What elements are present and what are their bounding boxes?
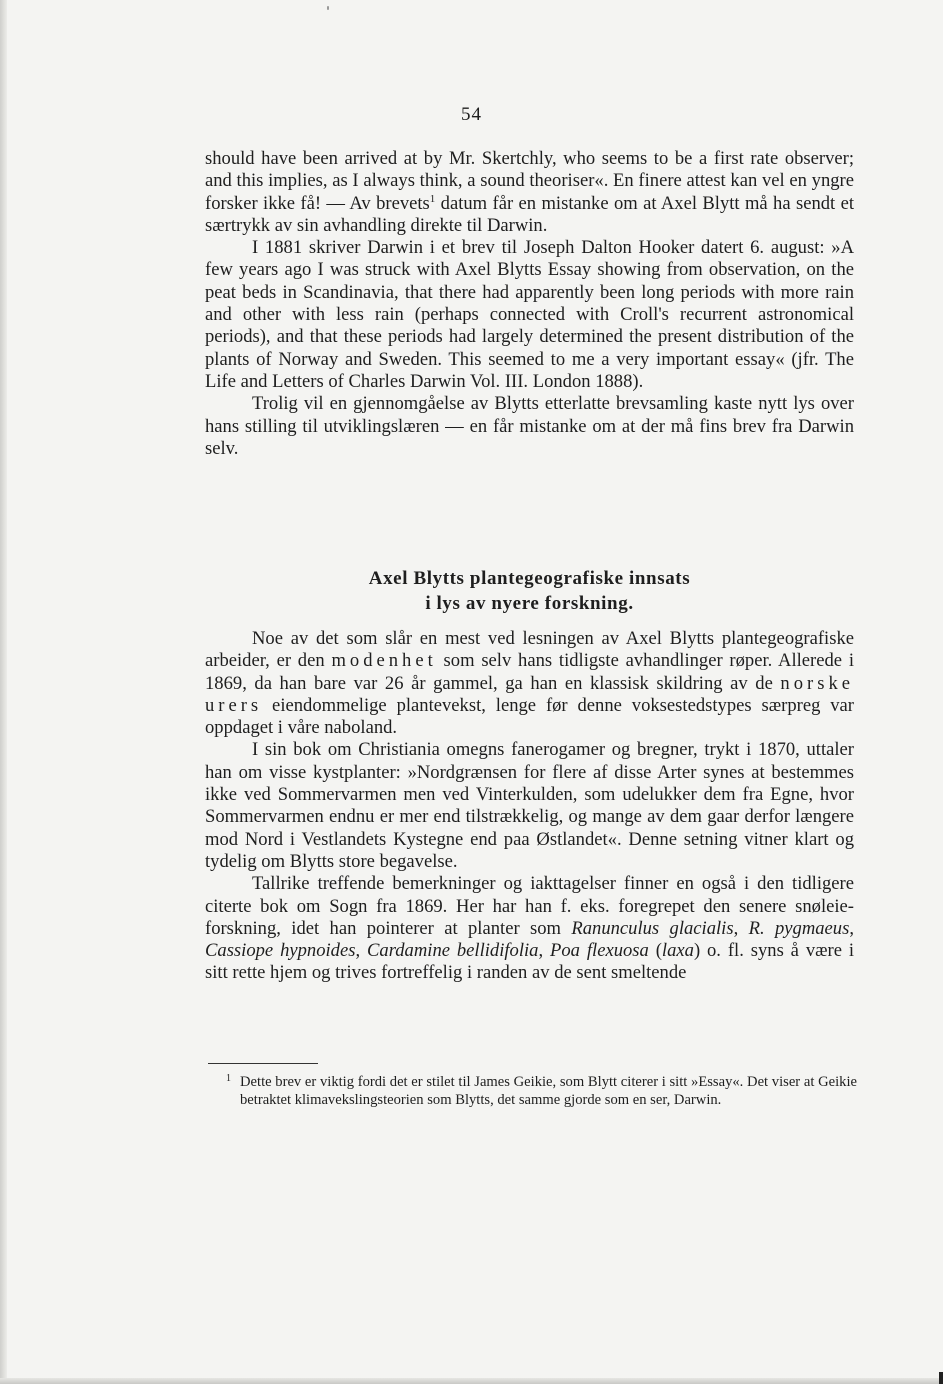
species-name: Ranunculus glacialis	[571, 918, 733, 939]
paragraph: I 1881 skriver Darwin i et brev til Jose…	[205, 237, 854, 393]
scan-corner-mark	[939, 1372, 943, 1384]
text-run: ,	[538, 940, 550, 961]
paragraph: Trolig vil en gjennomgåelse av Blytts et…	[205, 393, 854, 460]
page-edge-left	[0, 0, 7, 1384]
footnote: 1 Dette brev er viktig fordi det er stil…	[240, 1073, 857, 1110]
body-text-section-2: Noe av det som slår en mest ved lesninge…	[205, 628, 854, 985]
emphasized-text: modenhet	[331, 650, 436, 671]
footnote-text: Dette brev er viktig fordi det er stilet…	[240, 1073, 857, 1110]
paragraph: should have been arrived at by Mr. Skert…	[205, 148, 854, 237]
species-name: R. pygmaeus	[749, 918, 850, 939]
text-run: Trolig vil en gjennomgåelse av Blytts et…	[205, 393, 854, 459]
species-name: Poa flexuosa	[550, 940, 649, 961]
text-run: ,	[734, 918, 749, 939]
paragraph: I sin bok om Christiania omegns faneroga…	[205, 739, 854, 873]
text-run: eiendommelige plantevekst, lenge før den…	[205, 695, 854, 738]
species-name: laxa	[662, 940, 694, 961]
paragraph: Tallrike treffende bemerkninger og iaktt…	[205, 873, 854, 984]
footnote-divider	[208, 1063, 318, 1064]
scan-dust-speck	[327, 6, 329, 10]
text-run: ,	[849, 918, 854, 939]
paragraph: Noe av det som slår en mest ved lesninge…	[205, 628, 854, 739]
text-run: I 1881 skriver Darwin i et brev til Jose…	[205, 237, 854, 392]
species-name: Cardamine bellidifolia	[367, 940, 538, 961]
page-number: 54	[0, 104, 943, 126]
footnote-marker: 1	[226, 1070, 231, 1088]
text-run: ,	[355, 940, 367, 961]
body-text-section-1: should have been arrived at by Mr. Skert…	[205, 148, 854, 460]
section-heading-line-1: Axel Blytts plantegeografiske innsats	[205, 566, 854, 591]
section-heading-line-2: i lys av nyere forskning.	[205, 591, 854, 616]
text-run: I sin bok om Christiania omegns faneroga…	[205, 739, 854, 871]
page-edge-bottom	[0, 1378, 943, 1384]
section-heading: Axel Blytts plantegeografiske innsats i …	[205, 566, 854, 616]
text-run: (	[649, 940, 662, 961]
species-name: Cassiope hypnoides	[205, 940, 355, 961]
